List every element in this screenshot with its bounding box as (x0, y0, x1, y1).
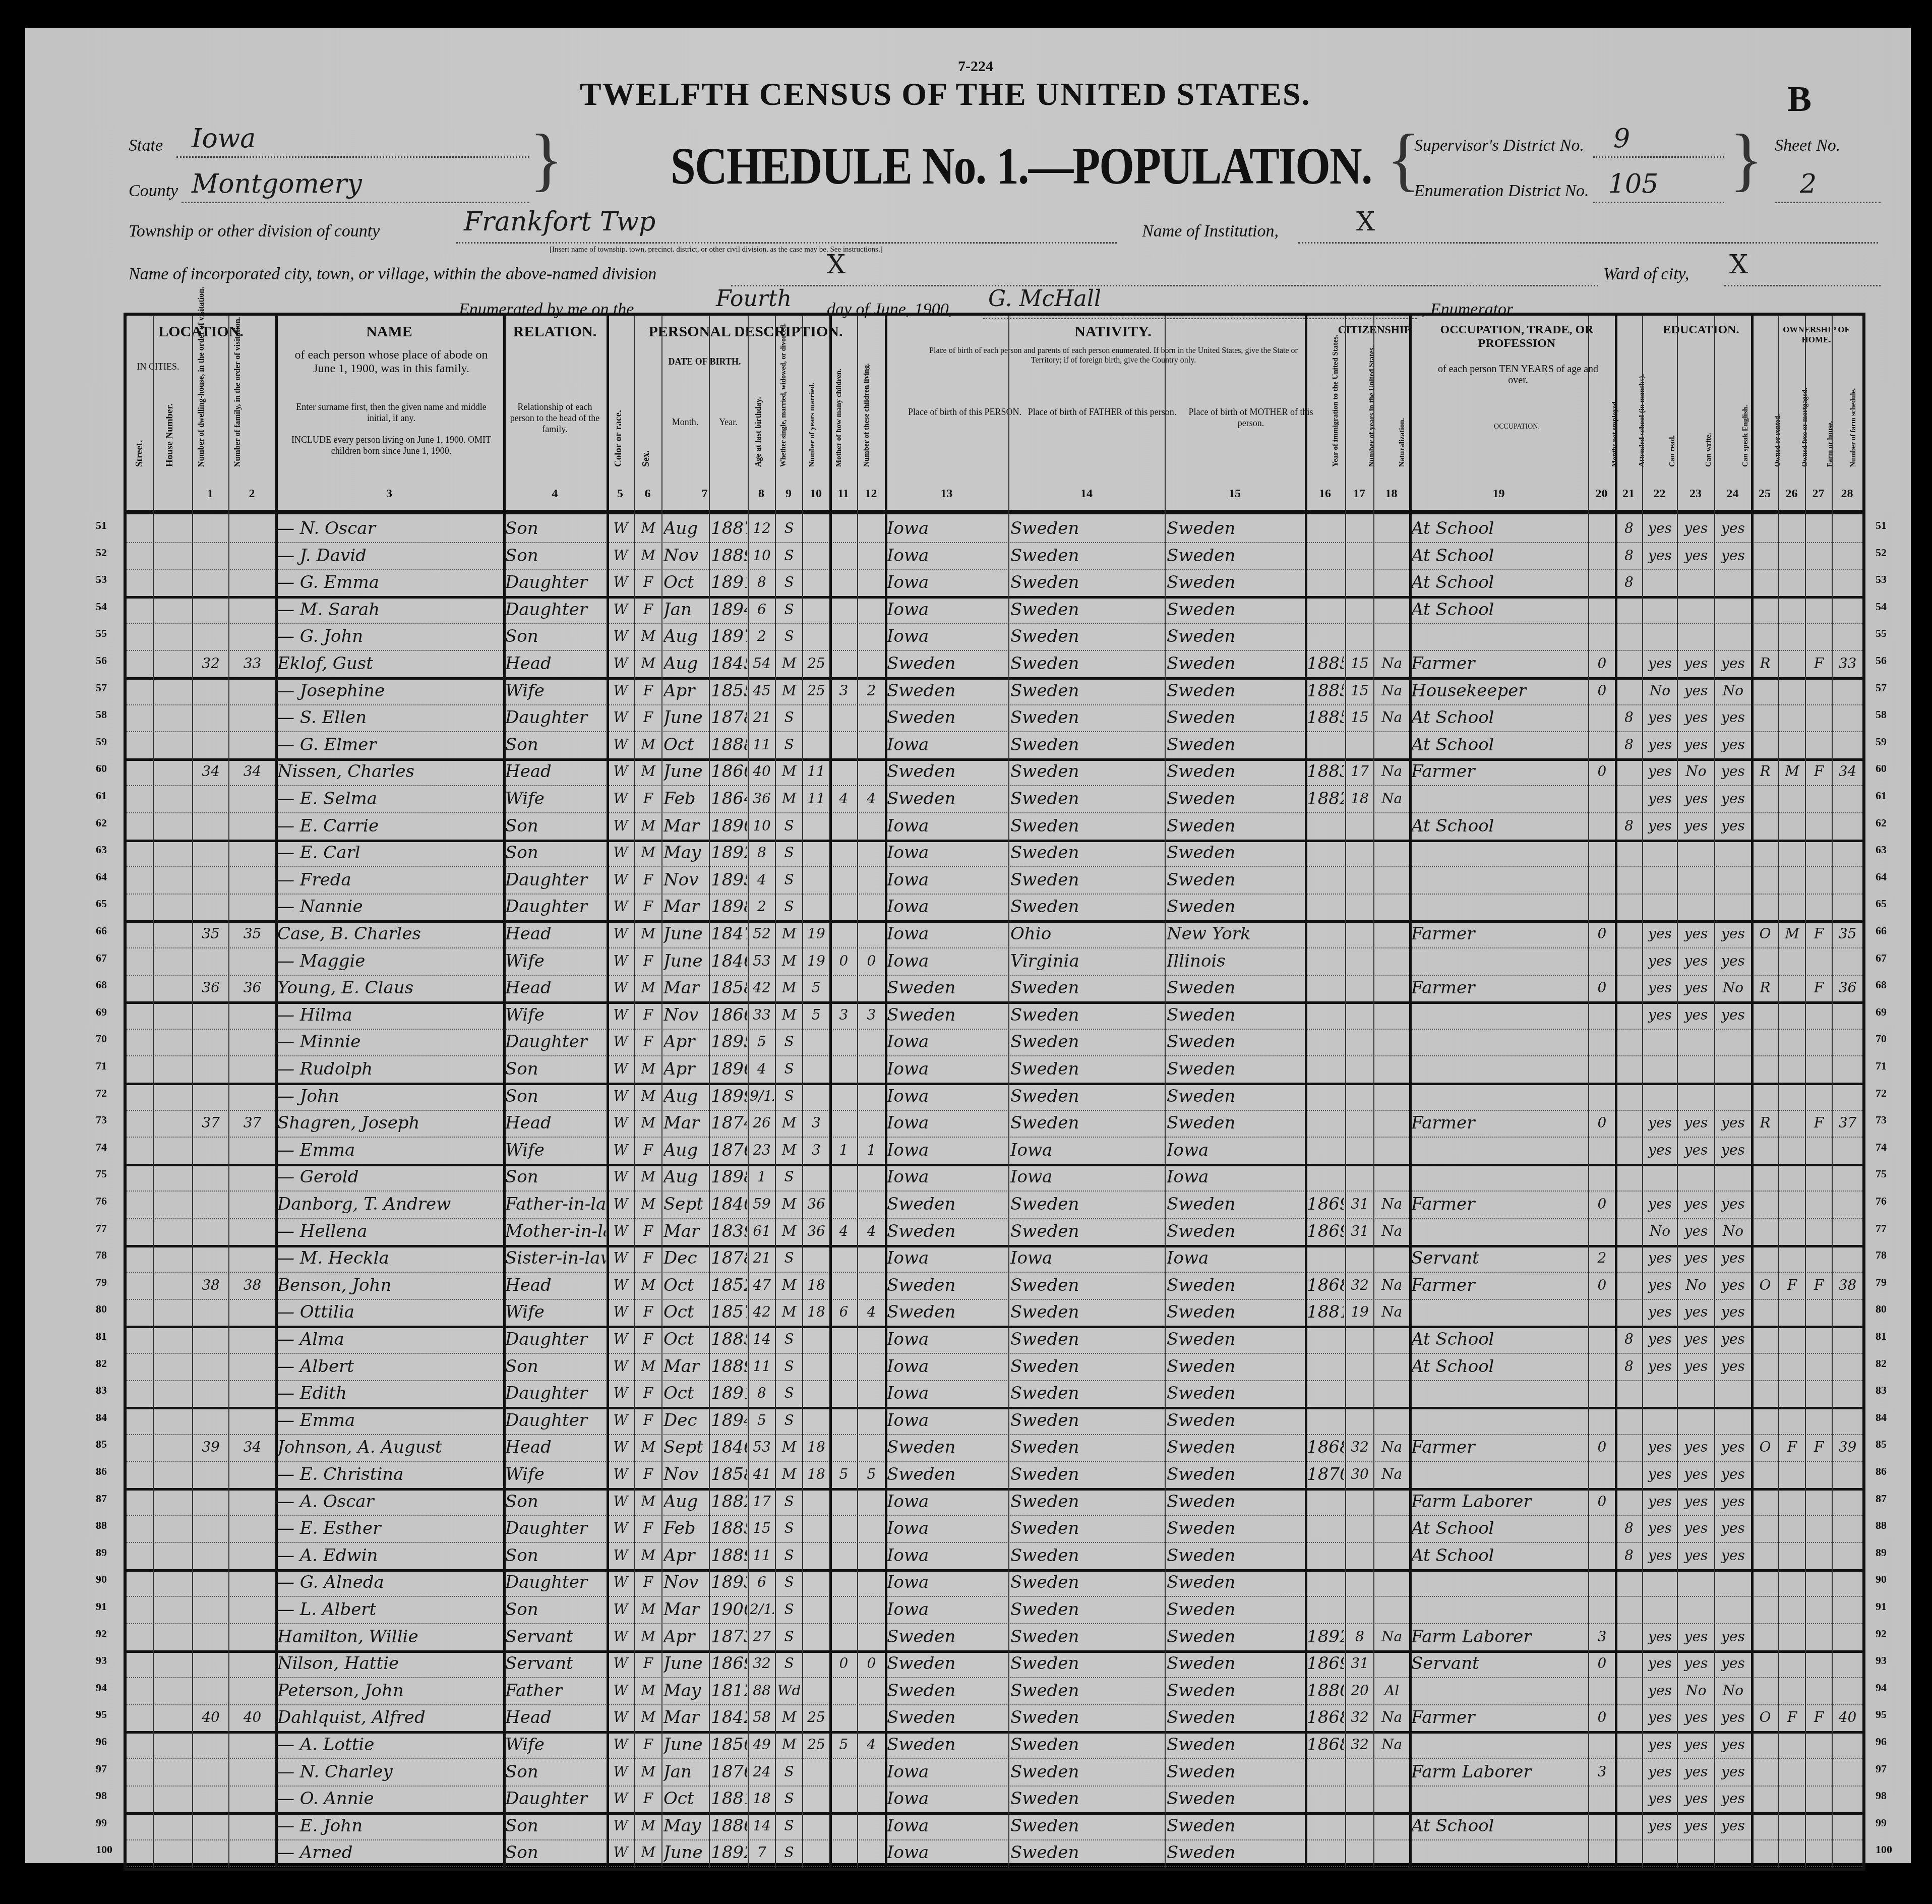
cell-mother-of (831, 1571, 856, 1594)
cell-birth-year: 1899 (711, 1085, 747, 1108)
row-number: 88 (1876, 1519, 1887, 1532)
cell-birth-year: 1869 (711, 1652, 747, 1675)
cell-birth-month: May (663, 1814, 708, 1837)
cell-birthplace-father: Sweden (1010, 598, 1164, 621)
cell-birth-year: 1889 (711, 1355, 747, 1378)
cell-family-number (230, 706, 274, 729)
cell-farm-house: F (1807, 976, 1831, 999)
cell-sex: F (636, 1003, 660, 1027)
cell-months-unemployed (1590, 1057, 1614, 1081)
row-number: 51 (96, 519, 107, 532)
column-number: 14 (1008, 487, 1165, 501)
cell-birth-month: Nov (663, 1571, 708, 1594)
cell-sex: M (636, 517, 660, 540)
cell-attended-school (1617, 1679, 1641, 1702)
cell-years-in-us (1347, 1544, 1372, 1567)
cell-immigration-year (1307, 1355, 1344, 1378)
cell-free-mortgaged (1780, 1517, 1804, 1540)
row-number: 66 (96, 924, 107, 937)
cell-months-unemployed (1590, 895, 1614, 918)
cell-months-unemployed (1590, 706, 1614, 729)
cell-can-read (1644, 1030, 1676, 1053)
cell-birth-month: Mar (663, 1598, 708, 1621)
cell-marital: S (777, 814, 801, 838)
cell-can-read: yes (1644, 1814, 1676, 1837)
cell-months-unemployed: 0 (1590, 1706, 1614, 1729)
cell-name: — Nannie (277, 895, 502, 918)
cell-sex: M (636, 1274, 660, 1297)
cell-dwelling-number (194, 868, 227, 891)
cell-age: 11 (750, 1355, 774, 1378)
cell-can-read: yes (1644, 1517, 1676, 1540)
cell-immigration-year (1307, 1003, 1344, 1027)
cell-years-married (804, 1517, 828, 1540)
cell-months-unemployed: 3 (1590, 1760, 1614, 1783)
cell-relation: Son (505, 517, 606, 540)
cell-naturalization (1375, 868, 1408, 891)
cell-name: Dahlquist, Alfred (277, 1706, 502, 1729)
cell-attended-school (1617, 1409, 1641, 1432)
cell-farm-schedule (1834, 1328, 1861, 1351)
cell-farm-schedule (1834, 1544, 1861, 1567)
cell-months-unemployed (1590, 1300, 1614, 1324)
cell-farm-house (1807, 544, 1831, 567)
cell-occupation: Housekeeper (1411, 679, 1587, 702)
cell-months-unemployed (1590, 598, 1614, 621)
cell-relation: Wife (505, 787, 606, 810)
row-number: 72 (1876, 1087, 1887, 1100)
cell-birth-month: Nov (663, 1463, 708, 1486)
row-number: 81 (96, 1330, 107, 1343)
cell-family-number (230, 1355, 274, 1378)
cell-can-write: yes (1679, 814, 1713, 838)
cell-years-married (804, 571, 828, 594)
cell-farm-house (1807, 1463, 1831, 1486)
cell-immigration-year (1307, 814, 1344, 838)
cell-years-in-us (1347, 1355, 1372, 1378)
cell-can-read (1644, 1409, 1676, 1432)
cell-birthplace-father: Sweden (1010, 868, 1164, 891)
cell-naturalization (1375, 841, 1408, 864)
city-label: Name of incorporated city, town, or vill… (129, 265, 656, 284)
cell-free-mortgaged (1780, 949, 1804, 973)
cell-free-mortgaged (1780, 1652, 1804, 1675)
cell-years-married: 11 (804, 760, 828, 783)
cell-farm-house (1807, 1057, 1831, 1081)
cell-can-read: yes (1644, 1111, 1676, 1135)
cell-birth-year: 1842 (711, 1706, 747, 1729)
cell-birth-month: June (663, 949, 708, 973)
cell-can-speak (1716, 1085, 1750, 1108)
cell-farm-house (1807, 1382, 1831, 1405)
cell-marital: S (777, 1814, 801, 1837)
cell-relation: Head (505, 1706, 606, 1729)
cell-marital: S (777, 1246, 801, 1270)
cell-age: 26 (750, 1111, 774, 1135)
cell-marital: S (777, 868, 801, 891)
column-number: 27 (1805, 487, 1832, 501)
cell-family-number (230, 1220, 274, 1243)
cell-birth-month: Mar (663, 976, 708, 999)
township-label: Township or other division of county (129, 222, 380, 241)
cell-sex: F (636, 895, 660, 918)
cell-children-living (859, 1544, 884, 1567)
cell-children-living (859, 1030, 884, 1053)
hdr-relation: RELATION. (503, 323, 607, 340)
cell-birthplace-person: Iowa (887, 868, 1007, 891)
cell-owned-rented (1753, 1787, 1777, 1810)
cell-family-number (230, 1246, 274, 1270)
cell-birthplace-mother: Sweden (1167, 1382, 1304, 1405)
cell-children-living (859, 1625, 884, 1648)
cell-birthplace-mother: Sweden (1167, 733, 1304, 756)
cell-mother-of (831, 922, 856, 945)
cell-years-in-us (1347, 1139, 1372, 1162)
cell-farm-house (1807, 1625, 1831, 1648)
table-row: — MaggieWifeWFJune184653M1900IowaVirgini… (127, 947, 1862, 976)
cell-birth-month: Oct (663, 1787, 708, 1810)
cell-farm-schedule (1834, 1057, 1861, 1081)
row-number: 91 (96, 1600, 107, 1613)
cell-immigration-year (1307, 1517, 1344, 1540)
cell-birthplace-mother: Sweden (1167, 1544, 1304, 1567)
cell-naturalization (1375, 1760, 1408, 1783)
cell-birthplace-person: Iowa (887, 571, 1007, 594)
cell-attended-school (1617, 1274, 1641, 1297)
cell-name: — A. Edwin (277, 1544, 502, 1567)
cell-birth-month: Aug (663, 625, 708, 648)
cell-can-speak (1716, 1057, 1750, 1081)
cell-birth-year: 1889 (711, 544, 747, 567)
cell-months-unemployed (1590, 1409, 1614, 1432)
cell-dwelling-number (194, 598, 227, 621)
row-number: 87 (96, 1492, 107, 1505)
cell-age: 61 (750, 1220, 774, 1243)
cell-years-married: 36 (804, 1193, 828, 1216)
cell-marital: S (777, 1355, 801, 1378)
cell-immigration-year: 1880 (1307, 1679, 1344, 1702)
table-row: 4040Dahlquist, AlfredHeadWMMar184258M25S… (127, 1704, 1862, 1734)
cell-relation: Wife (505, 679, 606, 702)
cell-occupation (1411, 1057, 1587, 1081)
cell-can-read: No (1644, 679, 1676, 702)
cell-children-living (859, 841, 884, 864)
row-number: 76 (96, 1195, 107, 1208)
cell-marital: S (777, 1517, 801, 1540)
cell-years-in-us (1347, 841, 1372, 864)
cell-birthplace-mother: Illinois (1167, 949, 1304, 973)
cell-name: Danborg, T. Andrew (277, 1193, 502, 1216)
cell-age: 6 (750, 1571, 774, 1594)
cell-can-read: yes (1644, 1300, 1676, 1324)
cell-can-write: yes (1679, 1328, 1713, 1351)
cell-months-unemployed: 0 (1590, 976, 1614, 999)
cell-birthplace-mother: Iowa (1167, 1139, 1304, 1162)
cell-mother-of: 3 (831, 679, 856, 702)
cell-children-living (859, 1193, 884, 1216)
cell-birthplace-mother: Sweden (1167, 571, 1304, 594)
cell-farm-schedule: 33 (1834, 652, 1861, 675)
cell-dwelling-number (194, 1841, 227, 1864)
cell-birthplace-person: Iowa (887, 1841, 1007, 1864)
cell-sex: F (636, 679, 660, 702)
cell-birthplace-father: Sweden (1010, 1030, 1164, 1053)
cell-family-number (230, 1814, 274, 1837)
cell-attended-school: 8 (1617, 544, 1641, 567)
cell-age: 54 (750, 652, 774, 675)
cell-immigration-year (1307, 841, 1344, 864)
cell-occupation: Farmer (1411, 1111, 1587, 1135)
cell-years-married: 19 (804, 922, 828, 945)
cell-can-speak: yes (1716, 1274, 1750, 1297)
cell-age: 6 (750, 598, 774, 621)
cell-birthplace-father: Sweden (1010, 1760, 1164, 1783)
cell-birth-year: 1882 (711, 1490, 747, 1513)
cell-mother-of: 0 (831, 949, 856, 973)
row-number: 52 (96, 546, 107, 559)
cell-birthplace-mother: Sweden (1167, 1598, 1304, 1621)
cell-farm-house (1807, 733, 1831, 756)
cell-farm-house (1807, 598, 1831, 621)
cell-attended-school (1617, 679, 1641, 702)
cell-naturalization (1375, 1409, 1408, 1432)
cell-family-number (230, 1300, 274, 1324)
hdr-sex: Sex. (641, 432, 652, 467)
cell-years-in-us (1347, 598, 1372, 621)
hdr-street: Street. (134, 391, 145, 467)
cell-occupation: Farmer (1411, 1193, 1587, 1216)
cell-birthplace-person: Iowa (887, 1057, 1007, 1081)
cell-can-read: yes (1644, 1490, 1676, 1513)
cell-family-number (230, 1760, 274, 1783)
cell-relation: Son (505, 1760, 606, 1783)
cell-dwelling-number: 36 (194, 976, 227, 999)
cell-birthplace-person: Iowa (887, 1409, 1007, 1432)
cell-farm-house (1807, 814, 1831, 838)
cell-marital: M (777, 922, 801, 945)
cell-birthplace-father: Sweden (1010, 814, 1164, 838)
cell-years-in-us: 32 (1347, 1274, 1372, 1297)
cell-sex: M (636, 1760, 660, 1783)
cell-age: 2 (750, 625, 774, 648)
cell-sex: F (636, 1246, 660, 1270)
cell-attended-school (1617, 1787, 1641, 1810)
cell-birthplace-father: Sweden (1010, 1436, 1164, 1459)
cell-free-mortgaged (1780, 625, 1804, 648)
cell-name: — Gerold (277, 1165, 502, 1188)
cell-name: — Arned (277, 1841, 502, 1864)
cell-months-unemployed (1590, 787, 1614, 810)
cell-family-number (230, 733, 274, 756)
row-number: 86 (1876, 1465, 1887, 1478)
cell-birthplace-mother: Sweden (1167, 1220, 1304, 1243)
cell-birth-month: Aug (663, 1165, 708, 1188)
cell-attended-school (1617, 652, 1641, 675)
cell-family-number (230, 1085, 274, 1108)
cell-farm-schedule (1834, 841, 1861, 864)
cell-free-mortgaged (1780, 1193, 1804, 1216)
cell-family-number: 34 (230, 1436, 274, 1459)
cell-birthplace-person: Iowa (887, 1085, 1007, 1108)
column-number: 7 (661, 487, 748, 501)
cell-marital: S (777, 1490, 801, 1513)
row-number: 73 (96, 1113, 107, 1126)
cell-attended-school: 8 (1617, 814, 1641, 838)
row-number: 59 (1876, 735, 1887, 748)
cell-age: 2/12 (750, 1598, 774, 1621)
cell-months-unemployed (1590, 1355, 1614, 1378)
cell-color: W (609, 1706, 633, 1729)
cell-birth-month: Mar (663, 1355, 708, 1378)
cell-farm-schedule (1834, 1409, 1861, 1432)
cell-can-speak: yes (1716, 544, 1750, 567)
cell-can-speak: yes (1716, 1436, 1750, 1459)
cell-color: W (609, 1814, 633, 1837)
cell-immigration-year (1307, 949, 1344, 973)
cell-dwelling-number (194, 1139, 227, 1162)
cell-birthplace-person: Iowa (887, 1139, 1007, 1162)
cell-marital: M (777, 1706, 801, 1729)
cell-marital: M (777, 949, 801, 973)
cell-children-living: 0 (859, 949, 884, 973)
cell-immigration-year (1307, 1246, 1344, 1270)
cell-immigration-year (1307, 517, 1344, 540)
row-number: 57 (1876, 681, 1887, 694)
cell-color: W (609, 1111, 633, 1135)
cell-birth-year: 1895 (711, 868, 747, 891)
cell-farm-house (1807, 949, 1831, 973)
cell-birthplace-person: Iowa (887, 1787, 1007, 1810)
cell-occupation: At School (1411, 733, 1587, 756)
row-number: 78 (96, 1248, 107, 1262)
cell-can-write (1679, 1382, 1713, 1405)
cell-owned-rented (1753, 1841, 1777, 1864)
cell-name: Case, B. Charles (277, 922, 502, 945)
table-row: — G. AlnedaDaughterWFNov18936SIowaSweden… (127, 1569, 1862, 1597)
row-number: 80 (1876, 1302, 1887, 1316)
cell-farm-schedule (1834, 1003, 1861, 1027)
cell-birthplace-father: Sweden (1010, 1625, 1164, 1648)
cell-marital: S (777, 1085, 801, 1108)
cell-name: — Josephine (277, 679, 502, 702)
row-number: 53 (96, 573, 107, 586)
cell-can-speak: No (1716, 679, 1750, 702)
table-row: — HilmaWifeWFNov186633M533SwedenSwedenSw… (127, 1001, 1862, 1030)
cell-mother-of: 0 (831, 1652, 856, 1675)
cell-birth-year: 1896 (711, 1057, 747, 1081)
cell-color: W (609, 1165, 633, 1188)
cell-months-unemployed: 0 (1590, 1193, 1614, 1216)
cell-farm-house (1807, 841, 1831, 864)
cell-marital: M (777, 1300, 801, 1324)
column-divider (275, 316, 278, 1868)
cell-naturalization (1375, 895, 1408, 918)
cell-birthplace-mother: Sweden (1167, 868, 1304, 891)
cell-mother-of (831, 1274, 856, 1297)
cell-relation: Head (505, 976, 606, 999)
cell-dwelling-number (194, 1814, 227, 1837)
cell-relation: Head (505, 1111, 606, 1135)
cell-birthplace-person: Sweden (887, 1733, 1007, 1756)
cell-dwelling-number (194, 544, 227, 567)
cell-color: W (609, 1057, 633, 1081)
cell-attended-school (1617, 1598, 1641, 1621)
row-number: 54 (1876, 600, 1887, 613)
cell-children-living (859, 1436, 884, 1459)
column-number: 10 (802, 487, 829, 501)
cell-marital: M (777, 787, 801, 810)
cell-sex: M (636, 1814, 660, 1837)
cell-mother-of (831, 1841, 856, 1864)
cell-occupation (1411, 1733, 1587, 1756)
cell-can-write (1679, 1841, 1713, 1864)
cell-mother-of (831, 760, 856, 783)
table-row: — AlmaDaughterWFOct188514SIowaSwedenSwed… (127, 1326, 1862, 1354)
cell-birthplace-father: Iowa (1010, 1246, 1164, 1270)
hdr-relation-desc: Relationship of each person to the head … (508, 401, 601, 435)
cell-naturalization (1375, 1246, 1408, 1270)
cell-years-married (804, 895, 828, 918)
cell-naturalization (1375, 1490, 1408, 1513)
cell-mother-of (831, 1679, 856, 1702)
cell-naturalization: Na (1375, 1220, 1408, 1243)
cell-mother-of: 6 (831, 1300, 856, 1324)
cell-birthplace-person: Sweden (887, 1652, 1007, 1675)
column-divider (885, 316, 887, 1868)
cell-attended-school (1617, 976, 1641, 999)
cell-birthplace-person: Iowa (887, 517, 1007, 540)
cell-children-living (859, 1490, 884, 1513)
cell-dwelling-number (194, 1490, 227, 1513)
cell-owned-rented (1753, 1003, 1777, 1027)
cell-children-living (859, 1517, 884, 1540)
cell-name: — Hellena (277, 1220, 502, 1243)
cell-birthplace-mother: Sweden (1167, 598, 1304, 621)
cell-birth-month: Nov (663, 1003, 708, 1027)
cell-years-married (804, 1328, 828, 1351)
cell-farm-schedule (1834, 1841, 1861, 1864)
cell-marital: M (777, 976, 801, 999)
cell-birthplace-mother: Sweden (1167, 1111, 1304, 1135)
table-row: — E. EstherDaughterWFFeb188515SIowaSwede… (127, 1515, 1862, 1543)
cell-birth-year: 1850 (711, 1733, 747, 1756)
cell-can-write: yes (1679, 949, 1713, 973)
cell-can-write: yes (1679, 1652, 1713, 1675)
cell-occupation: At School (1411, 706, 1587, 729)
cell-birth-month: Sept (663, 1436, 708, 1459)
cell-birthplace-father: Sweden (1010, 787, 1164, 810)
cell-color: W (609, 1490, 633, 1513)
row-number: 83 (1876, 1384, 1887, 1397)
cell-years-married: 25 (804, 679, 828, 702)
cell-free-mortgaged (1780, 895, 1804, 918)
cell-owned-rented (1753, 706, 1777, 729)
cell-marital: S (777, 733, 801, 756)
cell-children-living (859, 814, 884, 838)
cell-marital: M (777, 679, 801, 702)
column-divider (1409, 316, 1412, 1868)
cell-months-unemployed: 0 (1590, 922, 1614, 945)
cell-mother-of (831, 1490, 856, 1513)
cell-owned-rented (1753, 841, 1777, 864)
cell-name: — L. Albert (277, 1598, 502, 1621)
cell-free-mortgaged (1780, 1165, 1804, 1188)
cell-owned-rented (1753, 1571, 1777, 1594)
cell-naturalization: Na (1375, 1706, 1408, 1729)
cell-farm-schedule (1834, 517, 1861, 540)
cell-age: 18 (750, 1787, 774, 1810)
cell-color: W (609, 1463, 633, 1486)
